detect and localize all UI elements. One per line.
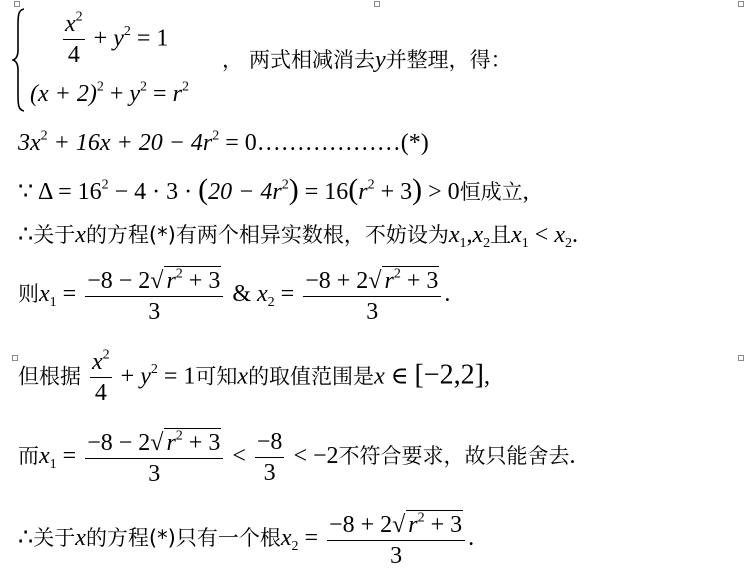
fraction-minus-8-over-3: −8 3: [255, 430, 285, 486]
handle-marker-mid-right[interactable]: [738, 355, 744, 361]
handle-marker-top-left[interactable]: [14, 1, 20, 7]
system-eq2: (x + 2)2 + y2 = r2: [30, 82, 189, 106]
range-line: 但根据 x2 4 + y2 = 1可知x的取值范围是x ∈ [−2,2],: [18, 350, 490, 406]
two-roots-line: ∴关于x的方程(*)有两个相异实数根，不妨设为x1,x2且x1 < x2.: [18, 223, 578, 247]
fraction-x2: −8 + 2√r2 + 3 3: [327, 510, 465, 569]
fraction-x1: −8 − 2√r2 + 3 3: [85, 266, 223, 325]
handle-marker-top-right[interactable]: [738, 1, 744, 7]
handle-marker-top-center[interactable]: [374, 1, 380, 7]
conclusion-line: ∴关于x的方程(*)只有一个根x2 = −8 + 2√r2 + 3 3 .: [18, 510, 474, 569]
fraction-x2: −8 + 2√r2 + 3 3: [303, 266, 441, 325]
left-brace: [12, 8, 26, 112]
discriminant-line: ∵ Δ = 162 − 4 · 3 · (20 − 4r2) = 16(r2 +…: [18, 175, 529, 205]
fraction: x2 4: [63, 12, 85, 68]
quadratic-equation-star: 3x2 + 16x + 20 − 4r2 = 0………………(*): [18, 131, 429, 155]
system-eq1: x2 4 + y2 = 1: [60, 12, 168, 68]
root-formulas-line: 则x1 = −8 − 2√r2 + 3 3 & x2 = −8 + 2√r2 +…: [18, 266, 450, 325]
reject-line: 而x1 = −8 − 2√r2 + 3 3 < −8 3 < −2不符合要求，故…: [18, 428, 576, 487]
fraction-x1: −8 − 2√r2 + 3 3: [85, 428, 223, 487]
system-comment: ， 两式相减消去y并整理，得：: [222, 48, 512, 72]
fraction: x2 4: [90, 350, 112, 406]
